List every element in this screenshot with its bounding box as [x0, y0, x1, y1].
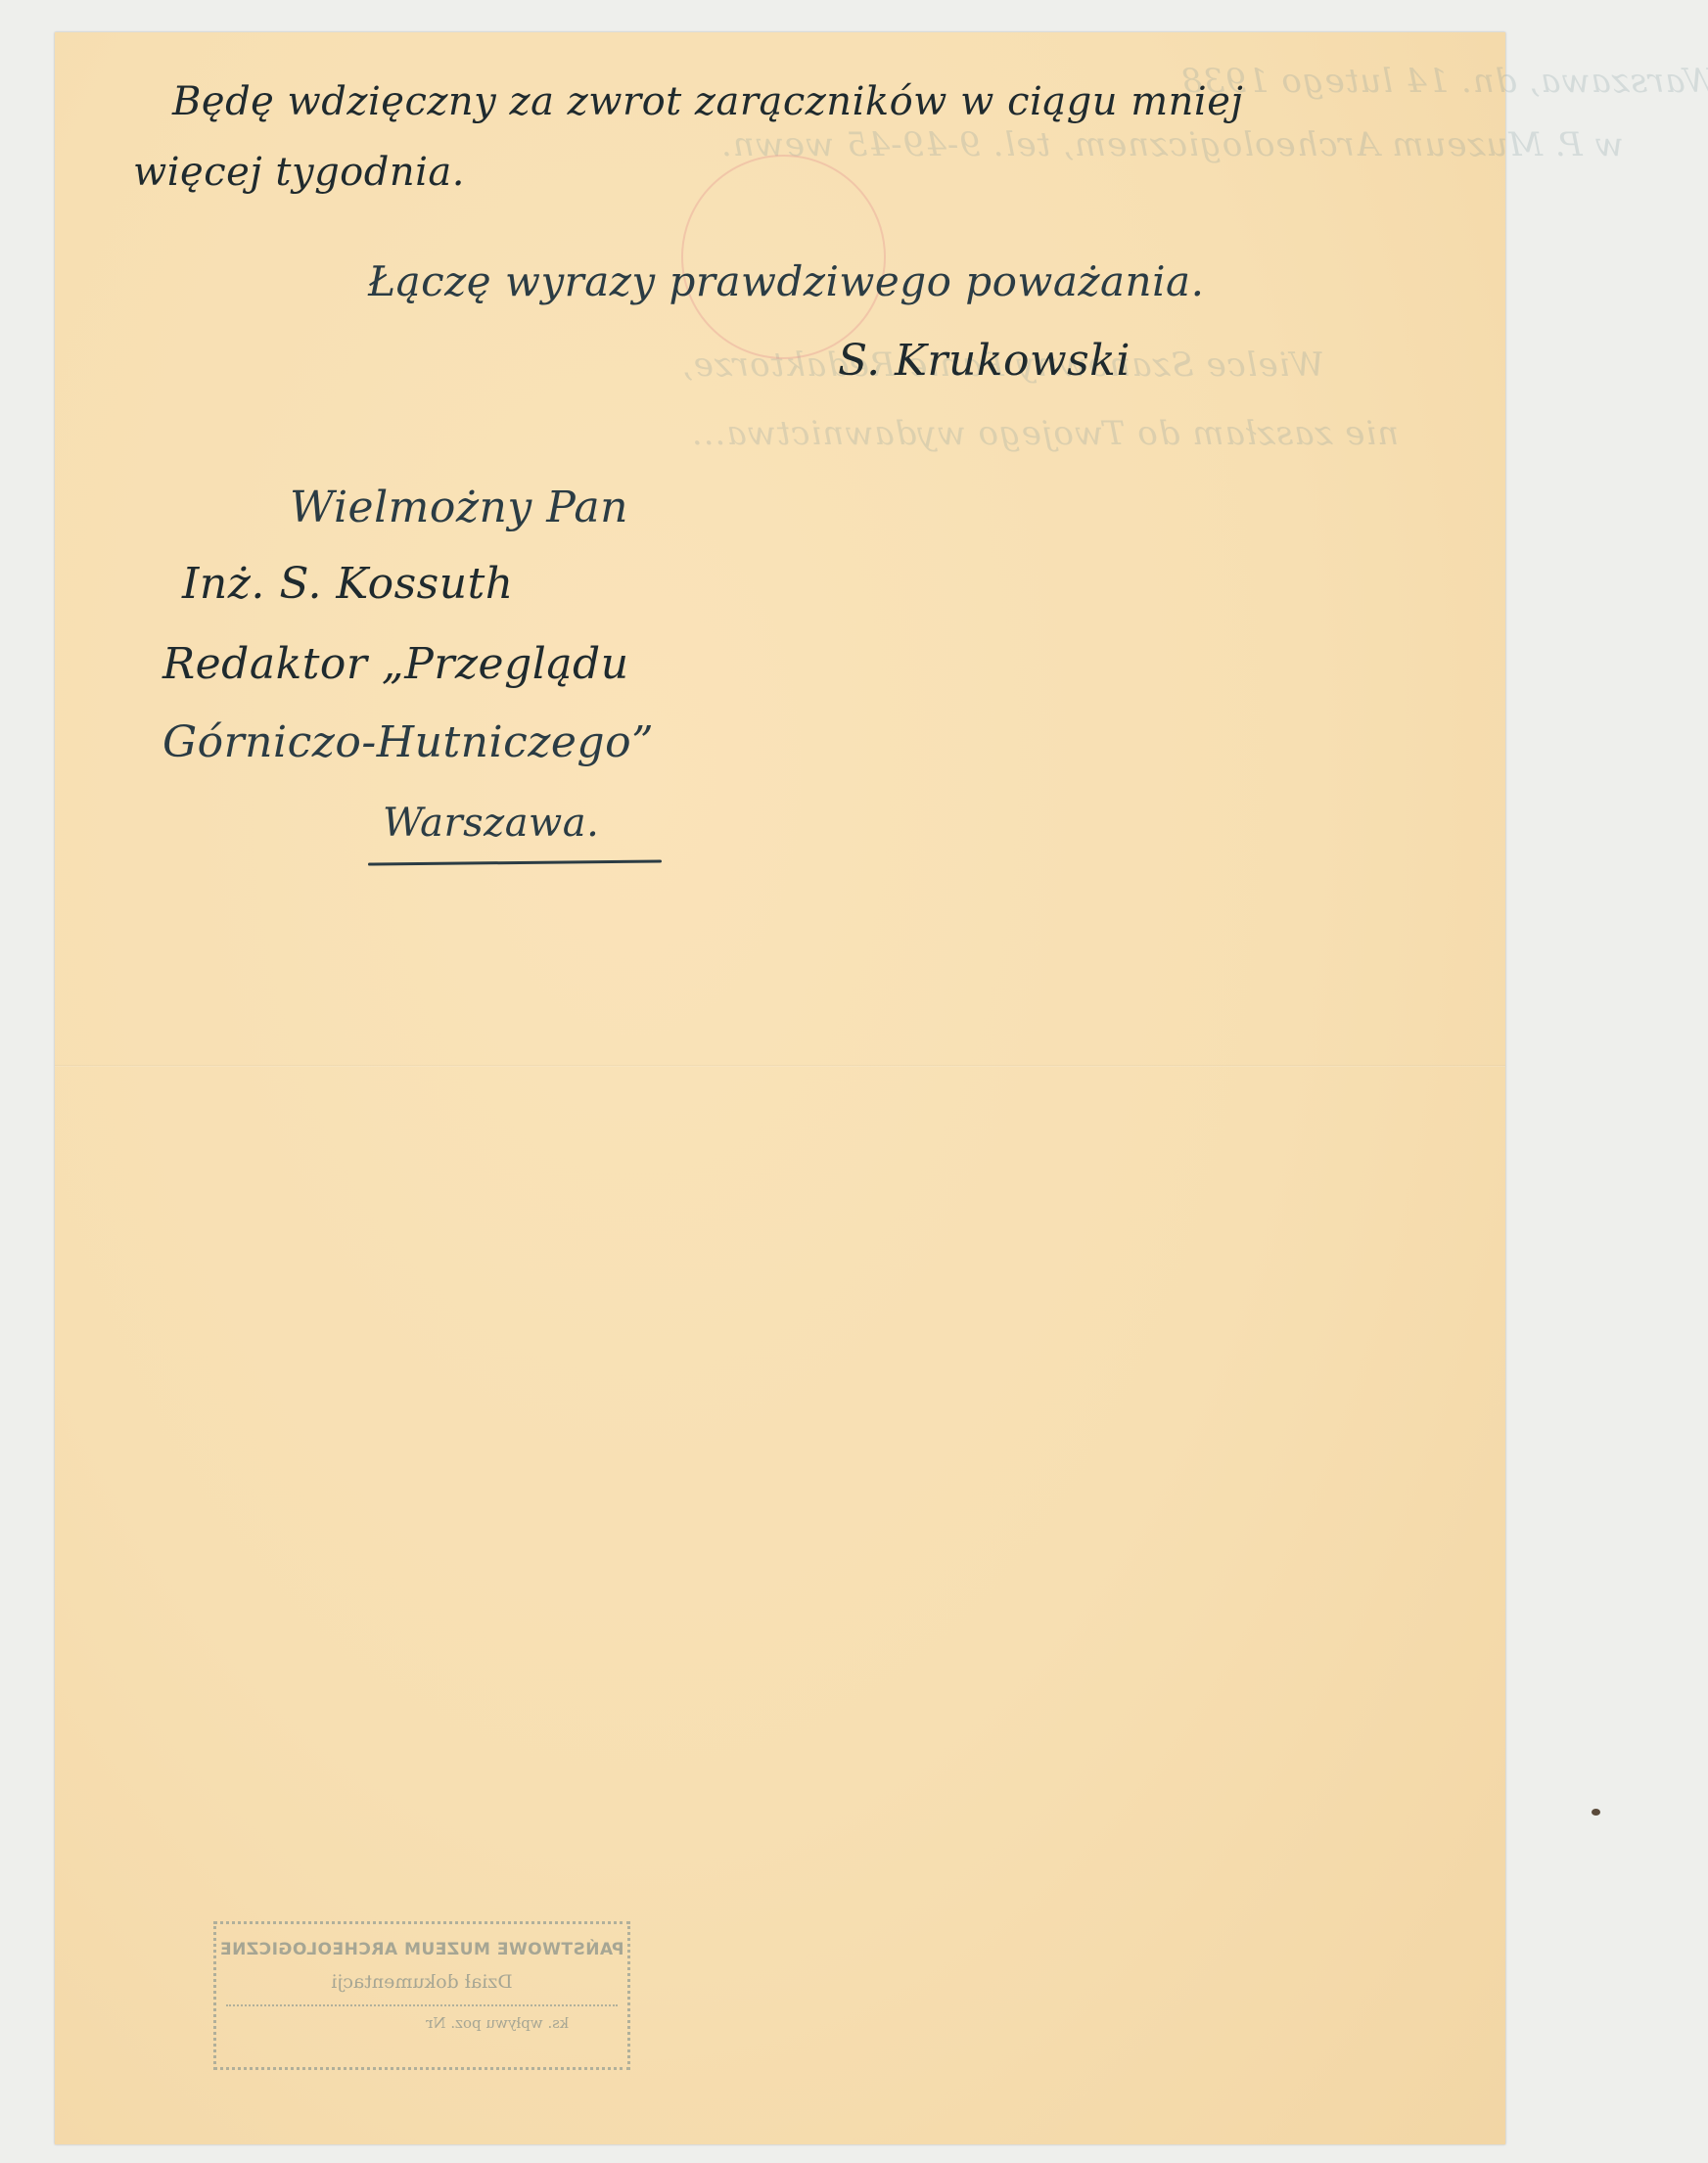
letter-page: Dz. 471/38 Warszawa, dn. 14 lutego 1938 …	[55, 32, 1505, 2144]
archive-stamp: PAŃSTWOWE MUZEUM ARCHEOLOGICZNE Dział do…	[213, 1921, 630, 2070]
signature: S. Krukowski	[838, 336, 1131, 386]
address-line: Inż. S. Kossuth	[182, 559, 514, 609]
ink-spot	[1592, 1809, 1600, 1816]
stamp-institution: PAŃSTWOWE MUZEUM ARCHEOLOGICZNE	[216, 1940, 627, 1959]
bleed-through-line: nie zaszłam do Twojego wydawnictwa...	[691, 414, 1399, 453]
body-line: więcej tygodnia.	[133, 150, 465, 195]
bleed-through-line: Dz. 471/38 Warszawa, dn. 14 lutego 1938	[1180, 62, 1708, 101]
address-line: Redaktor „Przeglądu	[162, 639, 629, 689]
city-underline	[368, 859, 662, 865]
paper-fold	[55, 1065, 1505, 1067]
address-line: Górniczo-Hutniczego”	[162, 717, 654, 767]
bleed-through-line: w P. Muzeum Archeologicznem, tel. 9-49-4…	[720, 125, 1624, 164]
stamp-divider	[226, 2004, 618, 2006]
address-city: Warszawa.	[383, 801, 599, 846]
stamp-department: Dział dokumentacji	[216, 1971, 627, 1993]
body-line: Będę wdzięczny za zwrot zarączników w ci…	[172, 79, 1243, 124]
closing-line: Łączę wyrazy prawdziwego poważania.	[368, 257, 1204, 305]
address-line: Wielmożny Pan	[290, 483, 628, 532]
stamp-entry-number: ks. wpływu poz. Nr	[216, 2014, 627, 2032]
